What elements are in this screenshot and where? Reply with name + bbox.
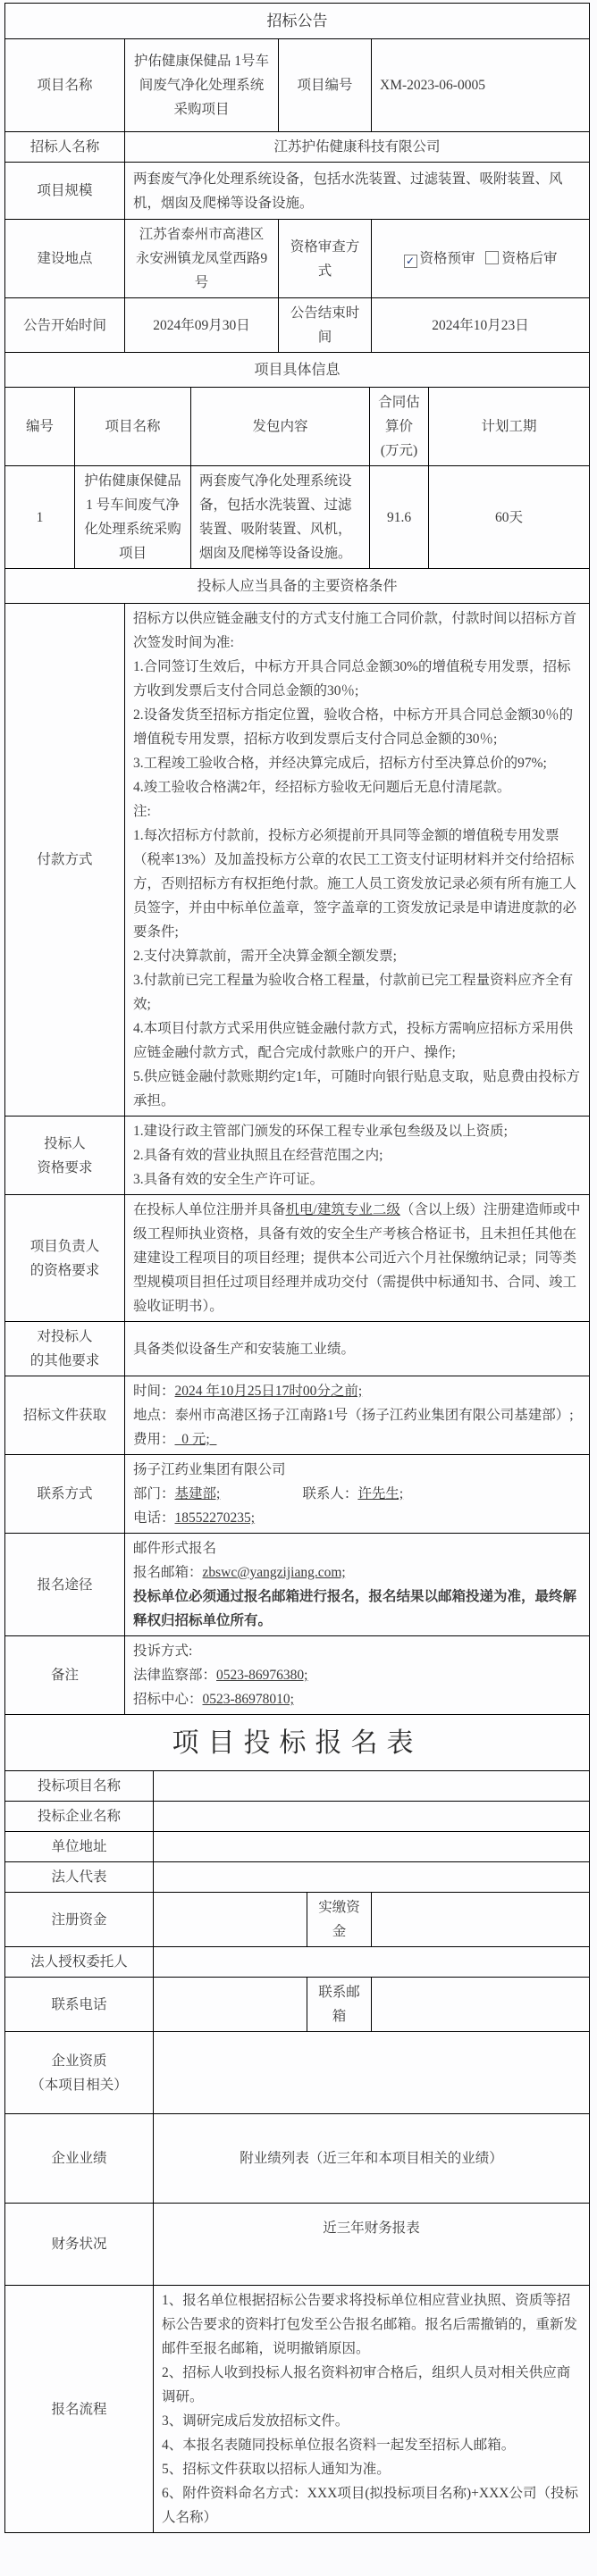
unchecked-checkbox-icon bbox=[485, 251, 499, 264]
pm-qualification-label-line1: 项目负责人 bbox=[13, 1234, 116, 1259]
process-line: 3、调研完成后发放招标文件。 bbox=[162, 2409, 581, 2433]
bidder-qual-line: 2.具备有效的营业执照且在经营范围之内; bbox=[133, 1143, 581, 1167]
payment-line: 1.合同签订生效后，中标方开具合同总金额30%的增值税专用发票，招标方收到发票后… bbox=[133, 655, 581, 703]
project-no-value: XM-2023-06-0005 bbox=[372, 39, 590, 132]
payment-method-label: 付款方式 bbox=[5, 604, 125, 1117]
signup-email-line: 报名邮箱：zbswc@yangzijiang.com; bbox=[133, 1560, 581, 1585]
process-line: 4、本报名表随同投标单位报名资料一起发至招标人邮箱。 bbox=[162, 2433, 581, 2457]
payment-line: 2.设备发货至招标方指定位置，验收合格，中标方开具合同总金额30％的增值税专用发… bbox=[133, 703, 581, 751]
form-phone-value-cell bbox=[154, 1978, 307, 2032]
process-line: 5、招标文件获取以招标人通知为准。 bbox=[162, 2457, 581, 2481]
review-method-value: ✓资格预审 资格后审 bbox=[372, 220, 590, 298]
col-header-name: 项目名称 bbox=[75, 388, 191, 466]
form-process-content: 1、报名单位根据招标公告要求将投标单位相应营业执照、资质等招标公告要求的资料打包… bbox=[154, 2286, 590, 2533]
form-phone-label: 联系电话 bbox=[5, 1978, 154, 2032]
doc-fetch-fee-value: 0 元; bbox=[175, 1432, 217, 1447]
detail-duration: 60天 bbox=[429, 466, 590, 569]
bidder-qual-line: 3.具备有效的安全生产许可证。 bbox=[133, 1167, 581, 1192]
contact-label: 联系方式 bbox=[5, 1455, 125, 1534]
end-time-label: 公告结束时间 bbox=[279, 298, 372, 353]
scale-value: 两套废气净化处理系统设备，包括水洗装置、过滤装置、吸附装置、风机，烟囱及爬梯等设… bbox=[125, 163, 590, 220]
form-qualification-value-cell bbox=[154, 2032, 590, 2114]
project-name-value: 护佑健康保健品 1号车间废气净化处理系统采购项目 bbox=[125, 39, 279, 132]
payment-line: 3.付款前已完工程量为验收合格工程量，付款前已完工程量资料应齐全有效; bbox=[133, 968, 581, 1016]
review-option-postqualification: 资格后审 bbox=[501, 251, 557, 266]
tenderer-label: 招标人名称 bbox=[5, 132, 125, 163]
contact-dept-person: 部门：基建部;联系人：许先生; bbox=[133, 1482, 581, 1506]
doc-fetch-time-prefix: 时间： bbox=[133, 1384, 175, 1399]
form-paid-capital-value-cell bbox=[372, 1893, 590, 1947]
review-method-label: 资格审查方式 bbox=[279, 220, 372, 298]
doc-fetch-time-value: 2024 年10月25日17时00分之前; bbox=[175, 1384, 363, 1399]
payment-line: 招标方以供应链金融支付的方式支付施工合同价款，付款时间以招标方首次签发时间为准: bbox=[133, 606, 581, 655]
form-reg-capital-label: 注册资金 bbox=[5, 1893, 154, 1947]
form-legal-rep-value-cell bbox=[154, 1862, 590, 1893]
other-req-label: 对投标人 的其他要求 bbox=[5, 1322, 125, 1376]
details-section-title: 项目具体信息 bbox=[5, 353, 590, 388]
signup-email-link[interactable]: zbswc@yangzijiang.com; bbox=[203, 1565, 346, 1580]
signup-method: 邮件形式报名 bbox=[133, 1536, 581, 1560]
form-qualification-label-line2: （本项目相关） bbox=[13, 2073, 145, 2097]
review-option-prequalification: 资格预审 bbox=[420, 251, 475, 266]
col-header-content: 发包内容 bbox=[191, 388, 370, 466]
process-line: 6、附件资料命名方式：XXX项目(拟投标项目名称)+XXX公司（投标人名称） bbox=[162, 2481, 581, 2530]
table-row: 1 护佑健康保健品1 号车间废气净化处理系统采购项目 两套废气净化处理系统设备，… bbox=[5, 466, 590, 569]
announcement-table: 招标公告 项目名称 护佑健康保健品 1号车间废气净化处理系统采购项目 项目编号 … bbox=[4, 3, 590, 388]
form-process-label: 报名流程 bbox=[5, 2286, 154, 2533]
scale-label: 项目规模 bbox=[5, 163, 125, 220]
pm-qual-text-post: （含以上级）注册建造师或中级工程师执业资格，具备有效的安全生产考核合格证书，且未… bbox=[133, 1202, 580, 1314]
contact-person: 许先生; bbox=[357, 1486, 403, 1501]
bidder-qualification-label-line1: 投标人 bbox=[13, 1132, 116, 1156]
pm-qualification-label-line2: 的资格要求 bbox=[13, 1259, 116, 1283]
other-req-label-line2: 的其他要求 bbox=[13, 1349, 116, 1373]
location-label: 建设地点 bbox=[5, 220, 125, 298]
form-performance-label: 企业业绩 bbox=[5, 2114, 154, 2204]
doc-fetch-fee: 费用： 0 元; bbox=[133, 1427, 581, 1451]
process-line: 2、招标人收到投标人报名资料初审合格后，组织人员对相关供应商调研。 bbox=[162, 2361, 581, 2409]
remark-complaint-title: 投诉方式: bbox=[133, 1639, 581, 1663]
payment-line: 5.供应链金融付款账期约定1年，可随时向银行贴息支取，贴息费由投标方承担。 bbox=[133, 1065, 581, 1113]
remark-legal-dept: 法律监察部： bbox=[133, 1668, 216, 1683]
bidder-qual-line: 1.建设行政主管部门颁发的环保工程专业承包叁级及以上资质; bbox=[133, 1119, 581, 1143]
form-qualification-label-line1: 企业资质 bbox=[13, 2049, 145, 2073]
col-header-price: 合同估算价(万元) bbox=[370, 388, 429, 466]
qualification-table: 投标人应当具备的主要资格条件 付款方式 招标方以供应链金融支付的方式支付施工合同… bbox=[4, 568, 590, 1715]
form-performance-value: 附业绩列表（近三年和本项目相关的业绩） bbox=[154, 2114, 590, 2204]
bidder-qualification-content: 1.建设行政主管部门颁发的环保工程专业承包叁级及以上资质; 2.具备有效的营业执… bbox=[125, 1117, 590, 1195]
start-time-label: 公告开始时间 bbox=[5, 298, 125, 353]
form-attorney-label: 法人授权委托人 bbox=[5, 1947, 154, 1978]
signup-channel-content: 邮件形式报名 报名邮箱：zbswc@yangzijiang.com; 投标单位必… bbox=[125, 1534, 590, 1636]
detail-name: 护佑健康保健品1 号车间废气净化处理系统采购项目 bbox=[75, 466, 191, 569]
tenderer-value: 江苏护佑健康科技有限公司 bbox=[125, 132, 590, 163]
remark-center-dept: 招标中心： bbox=[133, 1692, 203, 1707]
payment-method-content: 招标方以供应链金融支付的方式支付施工合同价款，付款时间以招标方首次签发时间为准:… bbox=[125, 604, 590, 1117]
form-company-value-cell bbox=[154, 1802, 590, 1832]
remark-center-phone: 0523-86978010; bbox=[203, 1692, 294, 1707]
pm-qual-text-underlined: 机电/建筑专业二级 bbox=[286, 1202, 400, 1217]
signup-note: 投标单位必须通过报名邮箱进行报名，报名结果以邮箱投递为准，最终解释权归招标单位所… bbox=[133, 1585, 581, 1633]
form-reg-capital-value-cell bbox=[154, 1893, 307, 1947]
process-line: 1、报名单位根据招标公告要求将投标单位相应营业执照、资质等招标公告要求的资料打包… bbox=[162, 2288, 581, 2361]
form-project-name-value-cell bbox=[154, 1771, 590, 1802]
form-legal-rep-label: 法人代表 bbox=[5, 1862, 154, 1893]
payment-line: 1.每次招标方付款前，投标方必须提前开具同等金额的增值税专用发票（税率13%）及… bbox=[133, 824, 581, 944]
end-time-value: 2024年10月23日 bbox=[372, 298, 590, 353]
payment-line: 注: bbox=[133, 799, 581, 824]
check-glyph: ✓ bbox=[406, 255, 415, 267]
doc-fetch-address: 地点：泰州市高港区扬子江南路1号（扬子江药业集团有限公司基建部）; bbox=[133, 1403, 581, 1427]
project-no-label: 项目编号 bbox=[279, 39, 372, 132]
doc-fetch-content: 时间：2024 年10月25日17时00分之前; 地点：泰州市高港区扬子江南路1… bbox=[125, 1376, 590, 1455]
tender-document: 招标公告 项目名称 护佑健康保健品 1号车间废气净化处理系统采购项目 项目编号 … bbox=[0, 0, 597, 2576]
doc-fetch-time: 时间：2024 年10月25日17时00分之前; bbox=[133, 1379, 581, 1403]
contact-content: 扬子江药业集团有限公司 部门：基建部;联系人：许先生; 电话：185522702… bbox=[125, 1455, 590, 1534]
payment-line: 2.支付决算款前，需开全决算金额全额发票; bbox=[133, 944, 581, 968]
checked-checkbox-icon: ✓ bbox=[404, 255, 417, 268]
contact-dept: 基建部; bbox=[175, 1486, 221, 1501]
form-title: 项目投标报名表 bbox=[5, 1715, 590, 1771]
remark-center-line: 招标中心：0523-86978010; bbox=[133, 1687, 581, 1711]
form-email-value-cell bbox=[372, 1978, 590, 2032]
form-finance-value: 近三年财务报表 bbox=[154, 2204, 590, 2286]
contact-dept-prefix: 部门： bbox=[133, 1486, 175, 1501]
contact-phone-prefix: 电话： bbox=[133, 1510, 175, 1526]
col-header-no: 编号 bbox=[5, 388, 75, 466]
bidder-qualification-label: 投标人 资格要求 bbox=[5, 1117, 125, 1195]
project-name-label: 项目名称 bbox=[5, 39, 125, 132]
form-address-value-cell bbox=[154, 1832, 590, 1862]
remark-legal-line: 法律监察部：0523-86976380; bbox=[133, 1663, 581, 1687]
doc-fetch-fee-prefix: 费用： bbox=[133, 1432, 175, 1447]
pm-qualification-content: 在投标人单位注册并具备机电/建筑专业二级（含以上级）注册建造师或中级工程师执业资… bbox=[125, 1195, 590, 1322]
payment-line: 3.工程竣工验收合格，并经决算完成后，招标方付至决算总价的97%; bbox=[133, 751, 581, 775]
form-finance-label: 财务状况 bbox=[5, 2204, 154, 2286]
payment-line: 4.本项目付款方式采用供应链金融付款方式，投标方需响应招标方采用供应链金融付款方… bbox=[133, 1016, 581, 1065]
form-address-label: 单位地址 bbox=[5, 1832, 154, 1862]
signup-email-prefix: 报名邮箱： bbox=[133, 1565, 203, 1580]
pm-qual-text-pre: 在投标人单位注册并具备 bbox=[133, 1202, 286, 1217]
form-qualification-label: 企业资质 （本项目相关） bbox=[5, 2032, 154, 2114]
contact-phone: 18552270235; bbox=[175, 1510, 256, 1526]
form-company-label: 投标企业名称 bbox=[5, 1802, 154, 1832]
form-attorney-value-cell bbox=[154, 1947, 590, 1978]
start-time-value: 2024年09月30日 bbox=[125, 298, 279, 353]
remark-label: 备注 bbox=[5, 1636, 125, 1715]
doc-title: 招标公告 bbox=[5, 4, 590, 39]
project-details-table: 编号 项目名称 发包内容 合同估算价(万元) 计划工期 1 护佑健康保健品1 号… bbox=[4, 387, 590, 569]
qualify-section-title: 投标人应当具备的主要资格条件 bbox=[5, 569, 590, 604]
contact-phone-line: 电话：18552270235; bbox=[133, 1506, 581, 1530]
signup-form-table: 项目投标报名表 投标项目名称 投标企业名称 单位地址 法人代表 注册资金 实缴资… bbox=[4, 1714, 590, 2533]
remark-legal-phone: 0523-86976380; bbox=[216, 1668, 307, 1683]
pm-qualification-label: 项目负责人 的资格要求 bbox=[5, 1195, 125, 1322]
other-req-label-line1: 对投标人 bbox=[13, 1325, 116, 1349]
contact-company: 扬子江药业集团有限公司 bbox=[133, 1458, 581, 1482]
detail-no: 1 bbox=[5, 466, 75, 569]
form-paid-capital-label: 实缴资金 bbox=[307, 1893, 372, 1947]
detail-content: 两套废气净化处理系统设备，包括水洗装置、过滤装置、吸附装置、风机，烟囱及爬梯等设… bbox=[191, 466, 370, 569]
location-value: 江苏省泰州市高港区永安洲镇龙凤堂西路9号 bbox=[125, 220, 279, 298]
contact-person-prefix: 联系人： bbox=[302, 1486, 357, 1501]
other-req-content: 具备类似设备生产和安装施工业绩。 bbox=[125, 1322, 590, 1376]
form-project-name-label: 投标项目名称 bbox=[5, 1771, 154, 1802]
form-email-label: 联系邮箱 bbox=[307, 1978, 372, 2032]
col-header-duration: 计划工期 bbox=[429, 388, 590, 466]
remark-content: 投诉方式: 法律监察部：0523-86976380; 招标中心：0523-869… bbox=[125, 1636, 590, 1715]
bidder-qualification-label-line2: 资格要求 bbox=[13, 1156, 116, 1180]
payment-line: 4.竣工验收合格满2年，经招标方验收无问题后无息付清尾款。 bbox=[133, 775, 581, 799]
detail-price: 91.6 bbox=[370, 466, 429, 569]
doc-fetch-label: 招标文件获取 bbox=[5, 1376, 125, 1455]
signup-channel-label: 报名途径 bbox=[5, 1534, 125, 1636]
